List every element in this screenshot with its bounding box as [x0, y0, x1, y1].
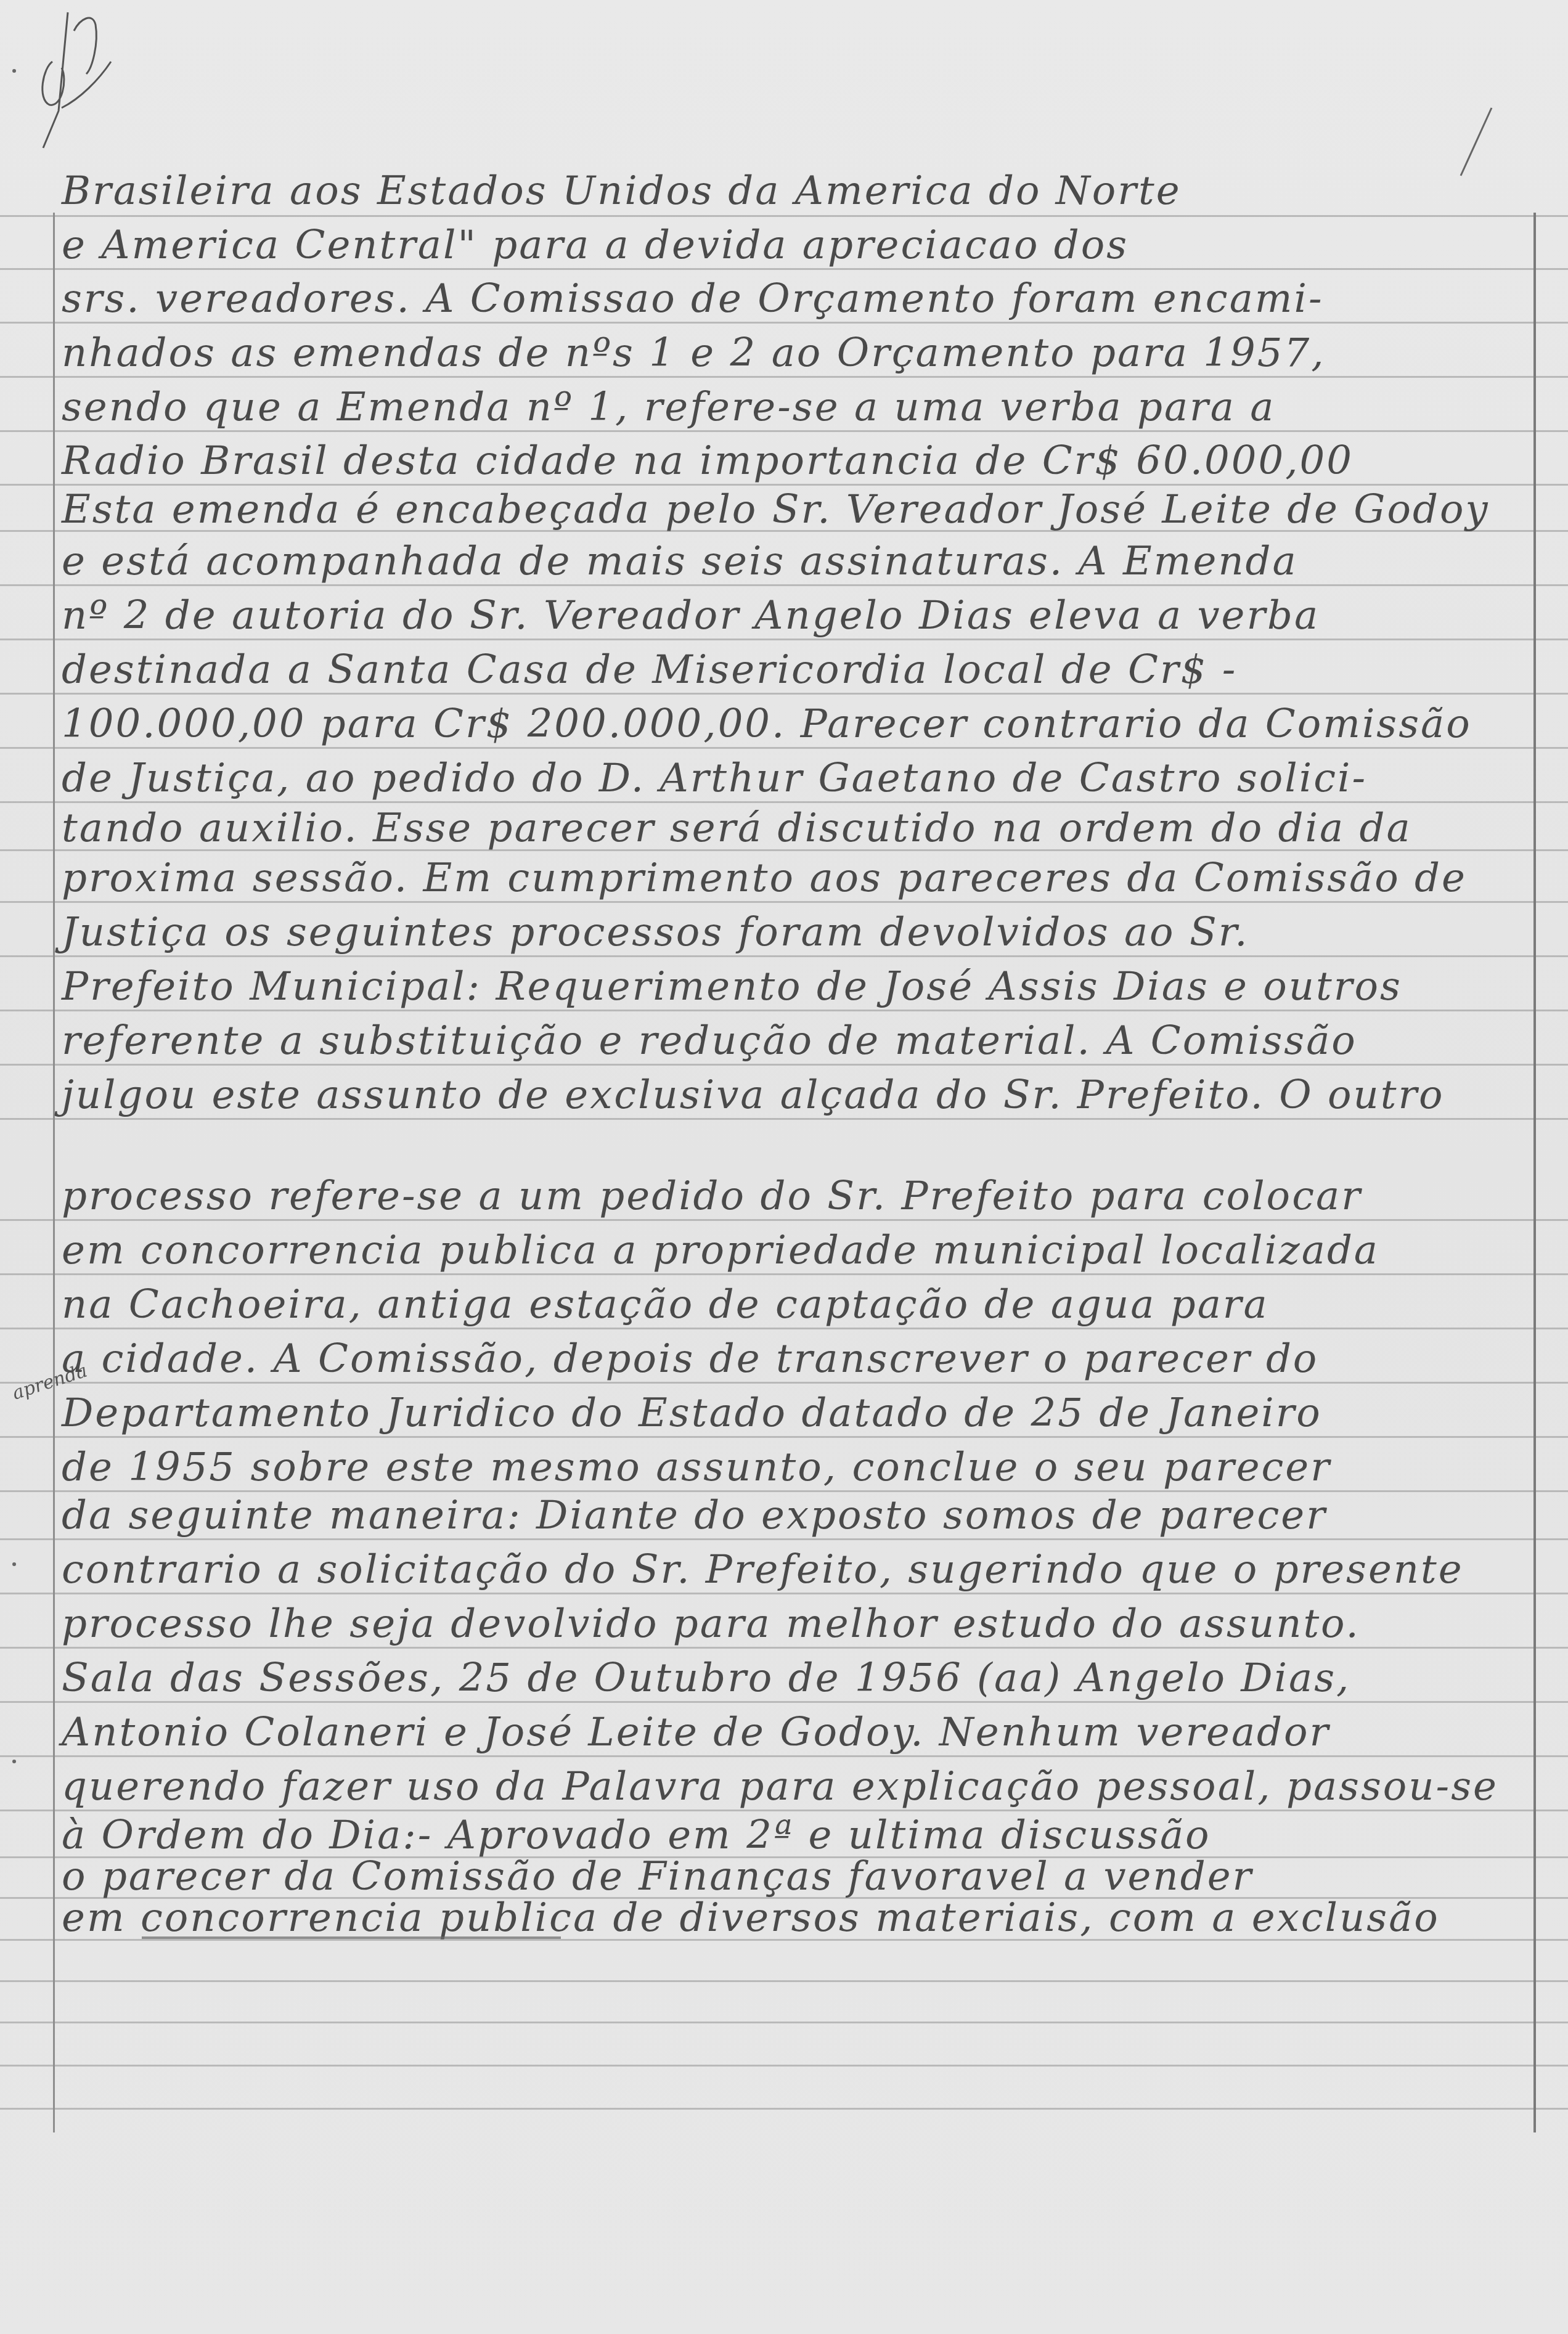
ruled-line — [0, 1328, 1568, 1329]
ink-dot — [12, 1760, 16, 1763]
text-line: Prefeito Municipal: Requerimento de José… — [62, 967, 1529, 1006]
right-margin-rule — [1533, 213, 1536, 2132]
ordem-do-dia-underline — [142, 1936, 561, 1939]
text-line: e America Central" para a devida aprecia… — [62, 226, 1529, 265]
page-signature-mark — [25, 6, 123, 154]
text-line: 100.000,00 para Cr$ 200.000,00. Parecer … — [62, 704, 1529, 744]
text-line: Sala das Sessões, 25 de Outubro de 1956 … — [62, 1659, 1529, 1698]
ruled-line — [0, 747, 1568, 749]
text-line: processo refere-se a um pedido do Sr. Pr… — [62, 1177, 1529, 1216]
text-line: julgou este assunto de exclusiva alçada … — [62, 1075, 1529, 1115]
left-margin-rule — [53, 213, 55, 2132]
ruled-line — [0, 1755, 1568, 1757]
ruled-line — [0, 1490, 1568, 1492]
text-line: contrario a solicitação do Sr. Prefeito,… — [62, 1550, 1529, 1589]
ruled-line — [0, 1701, 1568, 1703]
text-line: a cidade. A Comissão, depois de transcre… — [62, 1339, 1529, 1379]
text-line: sendo que a Emenda nº 1, refere-se a uma… — [62, 388, 1529, 427]
ruled-line — [0, 1810, 1568, 1811]
text-line: tando auxilio. Esse parecer será discuti… — [62, 809, 1529, 848]
text-line: srs. vereadores. A Comissao de Orçamento… — [62, 279, 1529, 319]
ruled-line — [0, 1273, 1568, 1275]
text-line: em concorrencia publica de diversos mate… — [62, 1898, 1529, 1938]
ruled-line — [0, 801, 1568, 803]
ruled-line — [0, 1382, 1568, 1384]
ruled-line — [0, 268, 1568, 270]
text-line: Justiça os seguintes processos foram dev… — [62, 913, 1529, 952]
text-line: de Justiça, ao pedido do D. Arthur Gaeta… — [62, 759, 1529, 798]
ruled-line — [0, 955, 1568, 957]
ruled-line — [0, 2065, 1568, 2067]
text-line: querendo fazer uso da Palavra para expli… — [62, 1767, 1529, 1806]
ink-dot — [12, 69, 16, 73]
ruled-line — [0, 1010, 1568, 1011]
text-line: à Ordem do Dia:- Aprovado em 2ª e ultima… — [62, 1816, 1529, 1855]
ruled-line — [0, 901, 1568, 903]
ruled-line — [0, 1593, 1568, 1594]
text-line: referente a substituição e redução de ma… — [62, 1021, 1529, 1061]
ruled-line — [0, 430, 1568, 432]
ruled-line — [0, 484, 1568, 486]
text-line: processo lhe seja devolvido para melhor … — [62, 1604, 1529, 1644]
text-line: Radio Brasil desta cidade na importancia… — [62, 441, 1529, 481]
ruled-line — [0, 2108, 1568, 2110]
text-line: nº 2 de autoria do Sr. Vereador Angelo D… — [62, 596, 1529, 635]
ruled-line — [0, 1064, 1568, 1066]
text-line: o parecer da Comissão de Finanças favora… — [62, 1857, 1529, 1896]
ruled-line — [0, 1538, 1568, 1540]
ink-dot — [12, 1562, 16, 1566]
ruled-line — [0, 1647, 1568, 1649]
manuscript-page: aprenda Brasileira aos Estados Unidos da… — [0, 0, 1568, 2334]
text-line: Departamento Juridico do Estado datado d… — [62, 1393, 1529, 1433]
text-line: nhados as emendas de nºs 1 e 2 ao Orçame… — [62, 333, 1529, 373]
ruled-line — [0, 376, 1568, 378]
text-line: de 1955 sobre este mesmo assunto, conclu… — [62, 1448, 1529, 1487]
ruled-line — [0, 1436, 1568, 1438]
ruled-line — [0, 215, 1568, 217]
ruled-line — [0, 1980, 1568, 1982]
text-line: na Cachoeira, antiga estação de captação… — [62, 1285, 1529, 1324]
text-line: destinada a Santa Casa de Misericordia l… — [62, 650, 1529, 690]
text-line: em concorrencia publica a propriedade mu… — [62, 1231, 1529, 1270]
ruled-line — [0, 1118, 1568, 1120]
ruled-line — [0, 322, 1568, 324]
ruled-line — [0, 584, 1568, 586]
text-line: proxima sessão. Em cumprimento aos parec… — [62, 859, 1529, 898]
text-line: e está acompanhada de mais seis assinatu… — [62, 542, 1529, 581]
text-line: da seguinte maneira: Diante do exposto s… — [62, 1496, 1529, 1535]
text-line: Antonio Colaneri e José Leite de Godoy. … — [62, 1713, 1529, 1752]
text-line: Brasileira aos Estados Unidos da America… — [62, 171, 1529, 211]
ruled-line — [0, 2022, 1568, 2023]
text-line: Esta emenda é encabeçada pelo Sr. Veread… — [62, 490, 1529, 529]
ruled-line — [0, 639, 1568, 640]
ruled-line — [0, 1219, 1568, 1221]
handwriting-stroke — [1455, 105, 1504, 179]
ruled-line — [0, 693, 1568, 695]
